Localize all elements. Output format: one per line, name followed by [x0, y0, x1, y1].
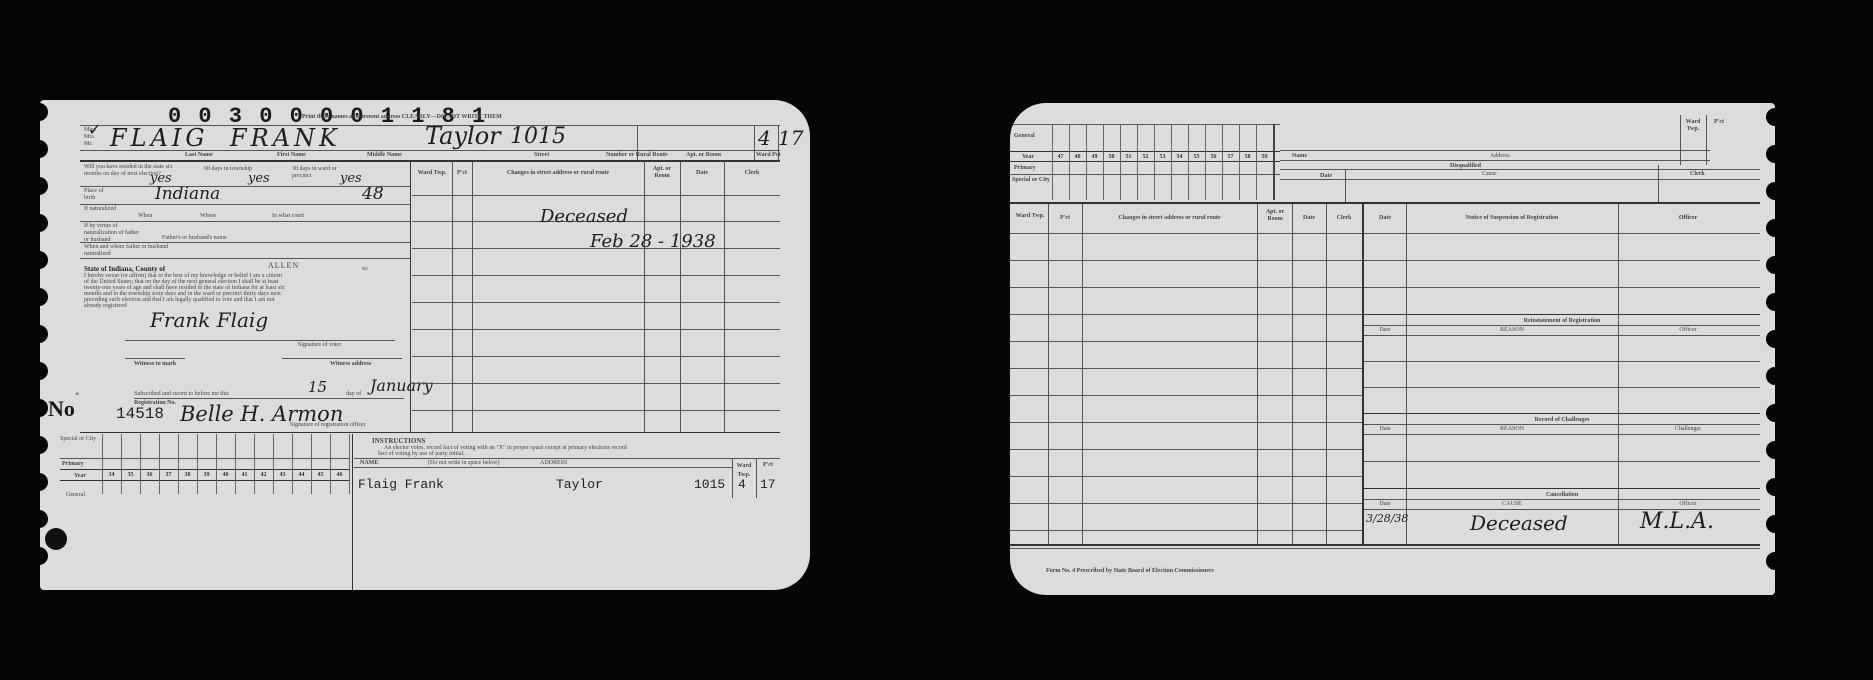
suspension-header-officer: Officer: [1618, 215, 1758, 221]
disq-name-label: Name: [1292, 153, 1307, 159]
challenges-header-date: Date: [1364, 426, 1406, 432]
cancellation-header-officer: Officer: [1618, 501, 1758, 507]
stub-street-value: Taylor: [556, 478, 603, 491]
grid-label-special: Special or City: [60, 436, 96, 442]
witness-label: Witness to mark: [134, 361, 176, 367]
oath-ss: ss:: [362, 266, 368, 272]
perforation-icon: [30, 251, 48, 269]
stub-number-value: 1015: [694, 478, 725, 491]
suspension-header-notice: Notice of Suspension of Registration: [1406, 215, 1618, 221]
changes-header-date: Date: [680, 170, 724, 176]
year-cell: 41: [235, 472, 254, 478]
year-cell: 54: [1171, 154, 1188, 160]
perforation-icon: [30, 214, 48, 232]
perforation-icon: [1766, 515, 1784, 533]
township-answer: yes: [248, 172, 270, 185]
challenges-header-challenger: Challenger: [1618, 426, 1758, 432]
father-naturalized-label: When and where father or husband natural…: [84, 244, 184, 258]
perforation-icon: [30, 140, 48, 158]
back-grid-label-general: General: [1014, 133, 1035, 139]
disq-clerk-label: Clerk: [1690, 171, 1705, 177]
where-label: Where: [200, 213, 216, 219]
sworn-day-of: day of: [346, 391, 361, 397]
cancellation-officer: M.L.A.: [1640, 511, 1714, 533]
pct-value: 17: [778, 128, 803, 148]
grid-label-year: Year: [74, 473, 86, 479]
last-name-label: Last Name: [185, 152, 213, 158]
back-grid-label-primary: Primary: [1014, 165, 1036, 171]
suspension-header-date: Date: [1364, 215, 1406, 221]
year-cell: 50: [1103, 154, 1120, 160]
ward-pct-label: Ward Pct: [756, 152, 781, 158]
year-cell: 42: [254, 472, 273, 478]
officer-signature-label: Signature of registration officer: [290, 422, 366, 428]
changes-header-ward: Ward Twp.: [414, 170, 450, 177]
cancellation-header-cause: CAUSE: [1406, 501, 1618, 507]
apt-label: Apt. or Room: [686, 152, 721, 158]
stub-name-label: NAME: [360, 460, 378, 466]
cancellation-cause: Deceased: [1470, 513, 1568, 533]
changes-header-apt: Apt. or Room: [646, 166, 678, 180]
top-instruction: Print these names and present address CL…: [302, 114, 502, 120]
sworn-day: 15: [308, 380, 327, 395]
perforation-icon: [30, 362, 48, 380]
perforation-icon: [30, 510, 48, 528]
year-cell: 51: [1120, 154, 1137, 160]
township-question: 60 days in township: [204, 166, 254, 173]
perforation-icon: [30, 288, 48, 306]
perforation-icon: [1766, 478, 1784, 496]
instructions-title: INSTRUCTIONS: [372, 438, 425, 445]
title-mr: Mr.: [84, 141, 93, 147]
back-grid-label-special: Special or City: [1012, 177, 1050, 184]
reinstatement-header-officer: Officer: [1618, 327, 1758, 333]
sworn-text: Subscribed and sworn to before me this: [134, 391, 229, 397]
grid-label-primary: Primary: [62, 461, 84, 467]
check-mark-icon: ✓: [88, 122, 101, 138]
year-cell: 55: [1188, 154, 1205, 160]
stub-pct-label: P'ct: [756, 462, 780, 468]
street-label: Street: [534, 152, 549, 158]
year-cell: 45: [311, 472, 330, 478]
reinstatement-header-reason: REASON: [1406, 327, 1618, 333]
back-changes-header-clerk: Clerk: [1326, 215, 1362, 221]
perforation-icon: [30, 325, 48, 343]
year-cell: 39: [197, 472, 216, 478]
perforation-icon: [1766, 108, 1784, 126]
disq-ward-label: Ward Twp.: [1680, 119, 1706, 133]
stub-address-label: ADDRESS: [540, 460, 567, 466]
perforation-icon: [1766, 256, 1784, 274]
binder-hole-icon: [45, 528, 67, 550]
number-label: Number or Rural Route: [606, 152, 668, 158]
sworn-month: January: [370, 378, 433, 394]
year-cell: 59: [1256, 154, 1273, 160]
year-cell: 47: [1052, 154, 1069, 160]
age-value: 48: [362, 186, 384, 203]
disq-cause-label: Cause: [1482, 171, 1497, 177]
back-changes-header-address: Changes in street address or rural route: [1082, 215, 1257, 221]
disq-address-label: Address: [1490, 153, 1510, 159]
perforation-icon: [30, 436, 48, 454]
last-name-value: FLAIG: [110, 126, 209, 150]
registration-number: 14518: [116, 406, 164, 422]
registration-number-prefix: No: [48, 398, 75, 420]
reinstatement-title: Reinstatement of Registration: [1364, 318, 1760, 324]
changes-header-address: Changes in street address or rural route: [472, 170, 644, 176]
first-name-label: First Name: [277, 152, 306, 158]
perforation-icon: [1766, 293, 1784, 311]
perforation-icon: [30, 473, 48, 491]
when-label: When: [138, 213, 152, 219]
changes-entry-date: Feb 28 - 1938: [590, 233, 716, 251]
back-changes-header-date: Date: [1292, 215, 1326, 221]
registration-card-back: General Year Primary Special or City 47 …: [1010, 103, 1775, 595]
year-cell: 34: [102, 472, 121, 478]
cancellation-header-date: Date: [1364, 501, 1406, 507]
cancellation-date: 3/28/38: [1366, 513, 1408, 524]
year-cell: 46: [330, 472, 349, 478]
grid-label-general: General: [66, 492, 85, 498]
street-value: Taylor: [425, 124, 501, 148]
perforation-icon: [30, 399, 48, 417]
year-cell: 53: [1154, 154, 1171, 160]
perforation-icon: [30, 547, 48, 565]
year-cell: 36: [140, 472, 159, 478]
year-cell: 35: [121, 472, 140, 478]
birth-label: Place of birth: [84, 188, 114, 202]
county-value: ALLEN: [268, 262, 299, 270]
challenges-header-reason: REASON: [1406, 426, 1618, 432]
stub-ward-value: 4: [738, 478, 746, 491]
cancellation-title: Cancellation: [1364, 492, 1760, 498]
challenges-title: Record of Challenges: [1364, 417, 1760, 423]
perforation-icon: [1766, 441, 1784, 459]
changes-header-clerk: Clerk: [724, 170, 780, 176]
stub-note: (Do not write in space below): [428, 460, 499, 466]
perforation-icon: [1766, 145, 1784, 163]
back-changes-header-ward: Ward Twp.: [1012, 213, 1048, 220]
court-label: In what court: [272, 213, 304, 219]
perforation-icon: [1766, 404, 1784, 422]
father-name-label: Father's or husband's name: [162, 235, 227, 241]
year-cell: 44: [292, 472, 311, 478]
voter-signature: Frank Flaig: [150, 310, 268, 330]
stub-pct-value: 17: [760, 478, 776, 491]
reinstatement-header-date: Date: [1364, 327, 1406, 333]
voter-signature-label: Signature of voter: [298, 342, 341, 348]
middle-name-label: Middle Name: [367, 152, 402, 158]
year-cell: 38: [178, 472, 197, 478]
ward-answer: yes: [340, 172, 362, 185]
perforation-icon: [1766, 219, 1784, 237]
first-name-value: FRANK: [230, 126, 341, 150]
instructions-text-2: fact of voting by use of party initial.: [378, 451, 465, 457]
oath-text: I hereby swear (or affirm) that to the b…: [84, 273, 404, 309]
year-cell: 57: [1222, 154, 1239, 160]
year-cell: 43: [273, 472, 292, 478]
back-changes-header-pct: P'ct: [1048, 215, 1082, 221]
perforation-icon: [1766, 330, 1784, 348]
year-cell: 48: [1069, 154, 1086, 160]
witness-address-label: Witness address: [330, 361, 371, 367]
year-cell: 37: [159, 472, 178, 478]
number-value: 1015: [510, 126, 566, 148]
year-cell: 56: [1205, 154, 1222, 160]
oath-heading: State of Indiana, County of: [84, 266, 165, 273]
perforation-icon: [1766, 367, 1784, 385]
back-vote-grid: 47 48 49 50 51 52 53 54 55 56 57 58 59: [1052, 124, 1280, 200]
disq-pct-label: P'ct: [1706, 119, 1732, 125]
changes-header-pct: P'ct: [452, 170, 472, 176]
perforation-icon: [30, 103, 48, 121]
perforation-icon: [30, 177, 48, 195]
year-cell: 52: [1137, 154, 1154, 160]
back-changes-header-apt: Apt. or Room: [1258, 209, 1292, 223]
perforation-icon: [1766, 552, 1784, 570]
form-footer: Form No. 4 Prescribed by State Board of …: [1046, 568, 1214, 574]
registration-card-front: 0 0 3 0 0 0 0 1 1 8 1 Print these names …: [40, 100, 810, 590]
birth-value: Indiana: [155, 186, 220, 203]
perforation-icon: [1766, 182, 1784, 200]
year-cell: 40: [216, 472, 235, 478]
year-cell: 49: [1086, 154, 1103, 160]
virtue-label: If by virtue of naturalization of father…: [84, 223, 142, 244]
front-vote-grid: 34 35 36 37 38 39 40 41 42 43 44 45 46: [102, 434, 350, 494]
back-grid-label-year: Year: [1022, 154, 1034, 160]
stub-name-value: Flaig Frank: [358, 478, 444, 491]
changes-entry-deceased: Deceased: [540, 208, 628, 226]
ward-value: 4: [758, 128, 771, 148]
naturalized-label: If naturalized: [84, 206, 124, 213]
year-cell: 58: [1239, 154, 1256, 160]
